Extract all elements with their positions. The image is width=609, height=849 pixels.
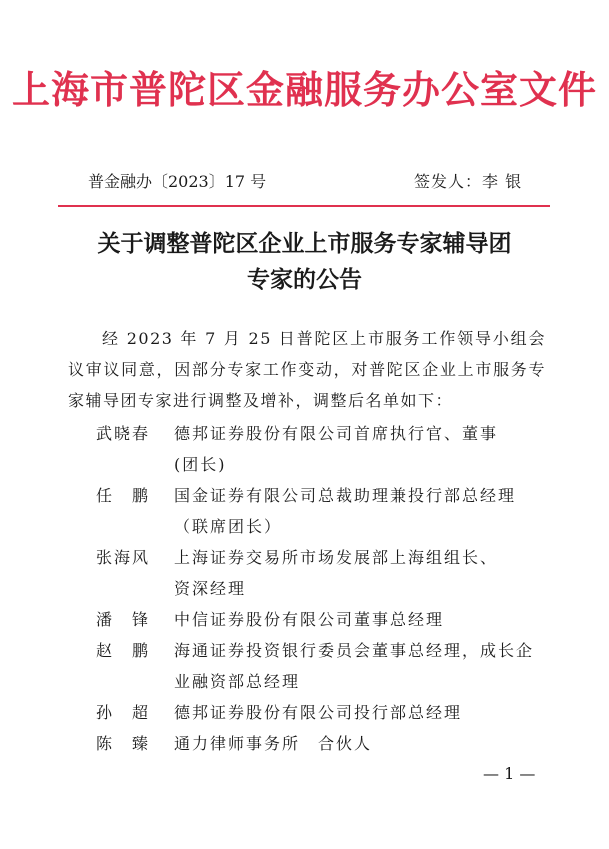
list-item: 武晓春 德邦证券股份有限公司首席执行官、董事(团长)	[96, 418, 546, 480]
expert-list: 武晓春 德邦证券股份有限公司首席执行官、董事(团长) 任 鹏 国金证券有限公司总…	[96, 418, 546, 759]
list-item: 潘 锋 中信证券股份有限公司董事总经理	[96, 604, 546, 635]
expert-name: 赵 鹏	[96, 635, 174, 697]
expert-title: 海通证券投资银行委员会董事总经理，成长企	[174, 641, 534, 660]
expert-name: 任 鹏	[96, 480, 174, 542]
expert-title: 国金证券有限公司总裁助理兼投行部总经理	[174, 486, 516, 505]
expert-note: 资深经理	[174, 579, 246, 598]
expert-name: 孙 超	[96, 697, 174, 728]
document-body: 经 2023 年 7 月 25 日普陀区上市服务工作领导小组会议审议同意，因部分…	[68, 323, 546, 416]
document-title: 关于调整普陀区企业上市服务专家辅导团 专家的公告	[0, 226, 609, 298]
signer: 签发人：李 银	[414, 169, 522, 192]
page-number: — 1 —	[483, 764, 535, 783]
expert-name: 陈 臻	[96, 728, 174, 759]
list-item: 孙 超 德邦证券股份有限公司投行部总经理	[96, 697, 546, 728]
document-masthead: 上海市普陀区金融服务办公室文件	[0, 66, 609, 114]
title-line-1: 关于调整普陀区企业上市服务专家辅导团	[0, 226, 609, 262]
list-item: 赵 鹏 海通证券投资银行委员会董事总经理，成长企业融资部总经理	[96, 635, 546, 697]
list-item: 任 鹏 国金证券有限公司总裁助理兼投行部总经理（联席团长）	[96, 480, 546, 542]
expert-note: (团长)	[174, 455, 227, 474]
document-number: 普金融办〔2023〕17 号	[88, 169, 266, 192]
list-item: 张海风 上海证券交易所市场发展部上海组组长、资深经理	[96, 542, 546, 604]
expert-name: 潘 锋	[96, 604, 174, 635]
red-divider	[58, 205, 550, 207]
expert-title: 上海证券交易所市场发展部上海组组长、	[174, 548, 498, 567]
expert-note: （联席团长）	[174, 517, 282, 536]
expert-title: 德邦证券股份有限公司首席执行官、董事	[174, 424, 498, 443]
expert-name: 武晓春	[96, 418, 174, 480]
expert-title: 德邦证券股份有限公司投行部总经理	[174, 697, 546, 728]
expert-note: 业融资部总经理	[174, 672, 300, 691]
intro-paragraph: 经 2023 年 7 月 25 日普陀区上市服务工作领导小组会议审议同意，因部分…	[68, 323, 546, 416]
expert-title: 中信证券股份有限公司董事总经理	[174, 604, 546, 635]
list-item: 陈 臻 通力律师事务所 合伙人	[96, 728, 546, 759]
expert-name: 张海风	[96, 542, 174, 604]
expert-title: 通力律师事务所 合伙人	[174, 728, 546, 759]
title-line-2: 专家的公告	[0, 262, 609, 298]
